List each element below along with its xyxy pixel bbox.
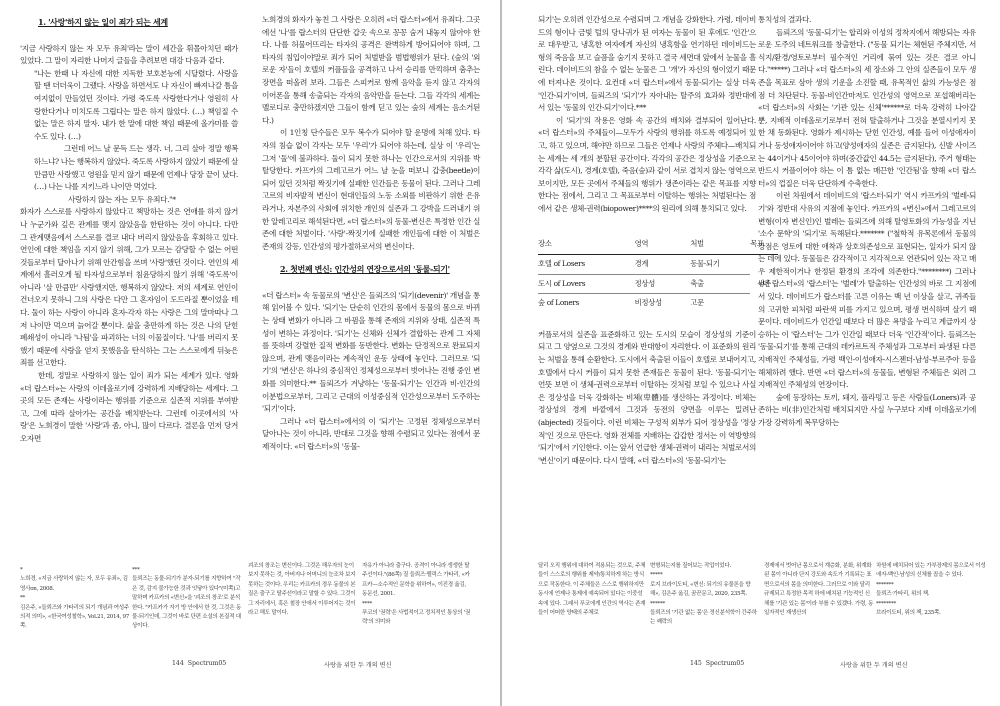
right-page: 되기'는 오히려 인간성으로 수렴되며 그 개념을 강화한다. 가령, 데이비드… xyxy=(500,0,1000,706)
paragraph: '지금 사랑하지 않는 자 모두 유죄'라는 말이 세간을 휘몰아치던 때가 있… xyxy=(20,43,238,68)
table-row: 숲 of Loners 비정상성 고문 xyxy=(538,294,778,313)
footnote-text: 들뢰즈·가타리, 위의 책. xyxy=(876,590,986,599)
left-column-1: 1. '사랑'하지 않는 일이 죄가 되는 세계 '지금 사랑하지 않는 자 모… xyxy=(20,14,238,446)
table-cell: 동물-되기 xyxy=(690,255,750,275)
left-page: 1. '사랑'하지 않는 일이 죄가 되는 세계 '지금 사랑하지 않는 자 모… xyxy=(0,0,500,706)
block-quote-end: 사랑하지 않는 자는 모두 유죄다."* xyxy=(20,194,238,207)
paragraph: 되기'는 오히려 인간성으로 수렴되며 그 개념을 강화한다. 가령, 데이비드… xyxy=(538,14,756,115)
footnote-text: 로지 브라이도티, «변신: 되기의 유물론을 향해», 김은주 옮김, 꿈꾼문… xyxy=(650,581,760,600)
block-quote: "나는 한때 나 자신에 대한 지독한 보호본능에 시달렸다. 사랑을 할 땐 … xyxy=(20,68,238,144)
table-row: 호텔 of Losers 경계 동물-되기 생존 xyxy=(538,255,778,275)
journal-name: Spectrum05 xyxy=(188,660,227,667)
page-folio: 144 Spectrum05 xyxy=(172,660,226,667)
page-number: 144 xyxy=(172,660,184,667)
paragraph: 한데, 정말로 사랑하지 않는 일이 죄가 되는 세계가 있다. 영화 «더 랍… xyxy=(20,370,238,446)
footnote-mark: ** xyxy=(20,594,130,603)
page-folio: 145 Spectrum05 xyxy=(690,660,744,667)
spaces-table: 장소 영역 처벌 목표 호텔 of Losers 경계 동물-되기 생존 도시 … xyxy=(538,236,778,313)
running-title: 사랑을 위한 두 개의 변신 xyxy=(840,660,908,669)
paragraph: «더 랍스터» 속 동물로의 '변신'은 들뢰즈의 '되기(devenir)' … xyxy=(262,290,480,416)
table-cell: 비정상성 xyxy=(635,294,691,313)
footnote-text: 노희경, «지금 사랑하지 않는 자, 모두 유죄», 김영사on, 2008. xyxy=(20,575,130,594)
table-header: 장소 xyxy=(538,236,635,255)
table-cell: 숲 of Loners xyxy=(538,294,635,313)
paragraph: 노희경의 화자가 놓친 그 사랑은 오히려 «더 랍스터»에서 유죄다. 그곳에… xyxy=(262,14,480,127)
table-header: 처벌 xyxy=(690,236,750,255)
table-header-row: 장소 영역 처벌 목표 xyxy=(538,236,778,255)
paragraph: 이런 차원에서 데이비드의 '랍스터-되기' 역시 카프카의 '벌레-되기'와 … xyxy=(758,190,976,392)
paragraph: 통치성의 결과다. xyxy=(758,14,976,27)
footnote-text: 경제에서 벗어난 몸으로서 계층화, 분화, 위계화된 몸이 아니라 단지 강도… xyxy=(764,562,874,618)
section-heading-2: 2. 첫번째 변신: 인간성의 연장으로서의 '동물-되기' xyxy=(280,263,480,276)
block-quote: 그런데 어느 날 문득 드는 생각. 너, 그리 살아 정말 행복하느냐? 나는… xyxy=(20,143,238,193)
footnote-mark: ***** xyxy=(650,571,760,580)
footnote-mark: **** xyxy=(362,600,472,609)
footnote-text: 괴조의 창조는 변신이다. 그것은 해우자의 눈이 보지 못하는 것, 아버지나… xyxy=(248,562,358,618)
footnote-mark: ******** xyxy=(876,600,986,609)
table-row: 도시 of Lovers 정상성 축출 xyxy=(538,274,778,294)
paragraph: 이 '되기'의 작용은 영화 속 공간의 배치와 결부되어 일어난다. «더 랍… xyxy=(538,115,756,216)
footnote-block: 차원에 배치되어 있는 가부장제의 몸으로서 이성애자-백인-남성의 신체를 꼽… xyxy=(876,562,986,618)
running-title: 사랑을 위한 두 개의 변신 xyxy=(324,660,392,669)
footnote-text: 김은주, «들뢰즈와 가타리의 되기 개념과 여성주의적 의미», «한국여성철… xyxy=(20,604,130,632)
footnote-block: 괴조의 창조는 변신이다. 그것은 해우자의 눈이 보지 못하는 것, 아버지나… xyxy=(248,562,358,618)
footnote-mark: ****** xyxy=(650,600,760,609)
paragraph: 커플로서의 실존을 표준화하고 있는 도시의 모습이 정상성의 기준이 되고 그… xyxy=(538,329,756,468)
footnote-block: 경제에서 벗어난 몸으로서 계층화, 분화, 위계화된 몸이 아니라 단지 강도… xyxy=(764,562,874,618)
table-header: 영역 xyxy=(635,236,691,255)
table-cell: 축출 xyxy=(690,274,750,294)
right-column-2: 통치성의 결과다. 들뢰즈의 '동물-되기'는 합리와 이성의 정착지에서 해방… xyxy=(758,14,976,430)
footnote-text: 들뢰즈의 '기관 없는 몸'은 정신분석학이 간주하는 쾌락의 xyxy=(650,609,760,628)
footnote-block: 변형되는지를 짚어보는 작업이었다. ***** 로지 브라이도티, «변신: … xyxy=(650,562,760,628)
section-heading-1: 1. '사랑'하지 않는 일이 죄가 되는 세계 xyxy=(38,16,238,29)
right-column-1: 되기'는 오히려 인간성으로 수렴되며 그 개념을 강화한다. 가령, 데이비드… xyxy=(538,14,756,467)
footnote-text: 차원에 배치되어 있는 가부장제의 몸으로서 이성애자-백인-남성의 신체를 꼽… xyxy=(876,562,986,581)
journal-name: Spectrum05 xyxy=(706,660,745,667)
footnote-block: * 노희경, «지금 사랑하지 않는 자, 모두 유죄», 김영사on, 200… xyxy=(20,566,130,632)
paragraph: 들뢰즈의 '동물-되기'는 합리와 이성의 정착지에서 해방되는 자유로운 도주… xyxy=(758,27,976,191)
table-cell: 고문 xyxy=(690,294,750,313)
paragraph: 숲에 등장하는 토끼, 돼지, 플라밍고 등은 사람들(Loners)과 공존하… xyxy=(758,392,976,430)
paragraph: 그러나 «더 랍스터»에서의 이 '되기'는 고정된 정체성으로부터 달아나는 … xyxy=(262,416,480,454)
table-cell: 정상성 xyxy=(635,274,691,294)
footnote-mark: * xyxy=(20,566,130,575)
footnote-text: 변형되는지를 짚어보는 작업이었다. xyxy=(650,562,760,571)
footnote-block: *** 들뢰즈는 동물-되기가 분자-되기를 지향하여 "작은 것, 감지 불가… xyxy=(132,566,242,632)
table-cell: 도시 of Lovers xyxy=(538,274,635,294)
footnote-text: 자유가 아니라 출구다. 공격이 아니라 생생한 탈주선이다."(86쪽) 질 … xyxy=(362,562,472,600)
footnote-text: 들뢰즈는 동물-되기가 분자-되기를 지향하여 "작은 것, 감지 불가능한 것… xyxy=(132,575,242,631)
footnote-block: 자유가 아니라 출구다. 공격이 아니라 생생한 탈주선이다."(86쪽) 질 … xyxy=(362,562,472,628)
table-cell: 경계 xyxy=(635,255,691,275)
footnote-text: 달리 오직 행위에 대하여 적용되는 것으로, 주체들이 스스로의 행위를 제약… xyxy=(538,562,648,618)
paragraph: 화자가 스스로를 사랑하지 않았다고 책망하는 것은 연애를 하지 않거나 누군… xyxy=(20,206,238,370)
left-column-2: 노희경의 화자가 놓친 그 사랑은 오히려 «더 랍스터»에서 유죄다. 그곳에… xyxy=(262,14,480,454)
page-number: 145 xyxy=(690,660,702,667)
footnote-text: 푸코의 '권력'은 사법적이고 정치적인 통상의 '권력'의 의미와 xyxy=(362,609,472,628)
table-cell: 호텔 of Losers xyxy=(538,255,635,275)
paragraph: 이 1인칭 단수들은 모두 복수가 되어야 할 운명에 처해 있다. 타자의 침… xyxy=(262,127,480,253)
footnote-block: 달리 오직 행위에 대하여 적용되는 것으로, 주체들이 스스로의 행위를 제약… xyxy=(538,562,648,618)
footnote-text: 브라이도티, 위의 책, 235쪽. xyxy=(876,609,986,618)
footnote-mark: *** xyxy=(132,566,242,575)
footnote-mark: ******* xyxy=(876,581,986,590)
